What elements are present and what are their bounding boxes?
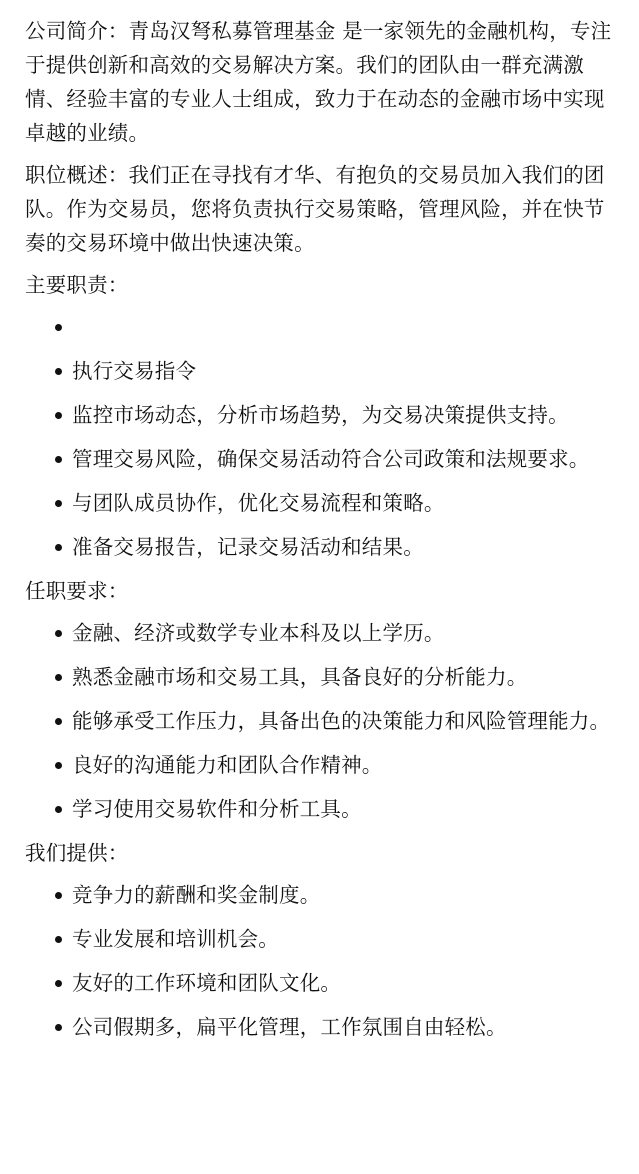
bullet-icon bbox=[55, 500, 62, 507]
company-intro: 公司简介：青岛汉弩私募管理基金 是一家领先的金融机构，专注于提供创新和高效的交易… bbox=[25, 14, 621, 150]
bullet-icon bbox=[55, 368, 62, 375]
requirements-heading: 任职要求： bbox=[25, 574, 621, 608]
list-item-text: 良好的沟通能力和团队合作精神。 bbox=[72, 753, 383, 777]
list-item-text: 友好的工作环境和团队文化。 bbox=[72, 971, 341, 995]
bullet-icon bbox=[55, 980, 62, 987]
bullet-icon bbox=[55, 456, 62, 463]
list-item-text: 与团队成员协作，优化交易流程和策略。 bbox=[72, 491, 445, 515]
list-item: 执行交易指令 bbox=[72, 354, 621, 388]
list-item: 与团队成员协作，优化交易流程和策略。 bbox=[72, 486, 621, 520]
list-item-text: 竞争力的薪酬和奖金制度。 bbox=[72, 883, 320, 907]
list-item-text: 执行交易指令 bbox=[72, 359, 196, 383]
list-item-text: 金融、经济或数学专业本科及以上学历。 bbox=[72, 621, 445, 645]
position-overview: 职位概述：我们正在寻找有才华、有抱负的交易员加入我们的团队。作为交易员，您将负责… bbox=[25, 158, 621, 260]
list-item: 竞争力的薪酬和奖金制度。 bbox=[72, 878, 621, 912]
responsibilities-heading: 主要职责： bbox=[25, 268, 621, 302]
list-item: 监控市场动态，分析市场趋势，为交易决策提供支持。 bbox=[72, 398, 621, 432]
job-posting: 公司简介：青岛汉弩私募管理基金 是一家领先的金融机构，专注于提供创新和高效的交易… bbox=[0, 0, 639, 1044]
list-item-text: 专业发展和培训机会。 bbox=[72, 927, 279, 951]
bullet-icon bbox=[55, 892, 62, 899]
list-item: 准备交易报告，记录交易活动和结果。 bbox=[72, 530, 621, 564]
requirements-list: 金融、经济或数学专业本科及以上学历。 熟悉金融市场和交易工具，具备良好的分析能力… bbox=[25, 616, 621, 826]
list-item-text: 学习使用交易软件和分析工具。 bbox=[72, 797, 362, 821]
bullet-icon bbox=[55, 806, 62, 813]
list-item: 管理交易风险，确保交易活动符合公司政策和法规要求。 bbox=[72, 442, 621, 476]
list-item-text: 监控市场动态，分析市场趋势，为交易决策提供支持。 bbox=[72, 403, 569, 427]
list-item: 能够承受工作压力，具备出色的决策能力和风险管理能力。 bbox=[72, 704, 621, 738]
list-item: 金融、经济或数学专业本科及以上学历。 bbox=[72, 616, 621, 650]
bullet-icon bbox=[55, 1024, 62, 1031]
bullet-icon bbox=[55, 324, 62, 331]
bullet-icon bbox=[55, 936, 62, 943]
bullet-icon bbox=[55, 412, 62, 419]
list-item-text: 公司假期多，扁平化管理，工作氛围自由轻松。 bbox=[72, 1015, 507, 1039]
list-item: 公司假期多，扁平化管理，工作氛围自由轻松。 bbox=[72, 1010, 621, 1044]
bullet-icon bbox=[55, 718, 62, 725]
list-item: 友好的工作环境和团队文化。 bbox=[72, 966, 621, 1000]
list-item-text: 准备交易报告，记录交易活动和结果。 bbox=[72, 535, 424, 559]
list-item: 专业发展和培训机会。 bbox=[72, 922, 621, 956]
bullet-icon bbox=[55, 544, 62, 551]
benefits-list: 竞争力的薪酬和奖金制度。 专业发展和培训机会。 友好的工作环境和团队文化。 公司… bbox=[25, 878, 621, 1044]
list-item-text: 管理交易风险，确保交易活动符合公司政策和法规要求。 bbox=[72, 447, 590, 471]
benefits-heading: 我们提供： bbox=[25, 836, 621, 870]
list-item: 良好的沟通能力和团队合作精神。 bbox=[72, 748, 621, 782]
responsibilities-list: 执行交易指令 监控市场动态，分析市场趋势，为交易决策提供支持。 管理交易风险，确… bbox=[25, 310, 621, 564]
bullet-icon bbox=[55, 630, 62, 637]
list-item: 学习使用交易软件和分析工具。 bbox=[72, 792, 621, 826]
list-item-text: 能够承受工作压力，具备出色的决策能力和风险管理能力。 bbox=[72, 709, 610, 733]
list-item-text: 熟悉金融市场和交易工具，具备良好的分析能力。 bbox=[72, 665, 527, 689]
bullet-icon bbox=[55, 674, 62, 681]
list-item bbox=[72, 310, 621, 344]
list-item: 熟悉金融市场和交易工具，具备良好的分析能力。 bbox=[72, 660, 621, 694]
bullet-icon bbox=[55, 762, 62, 769]
